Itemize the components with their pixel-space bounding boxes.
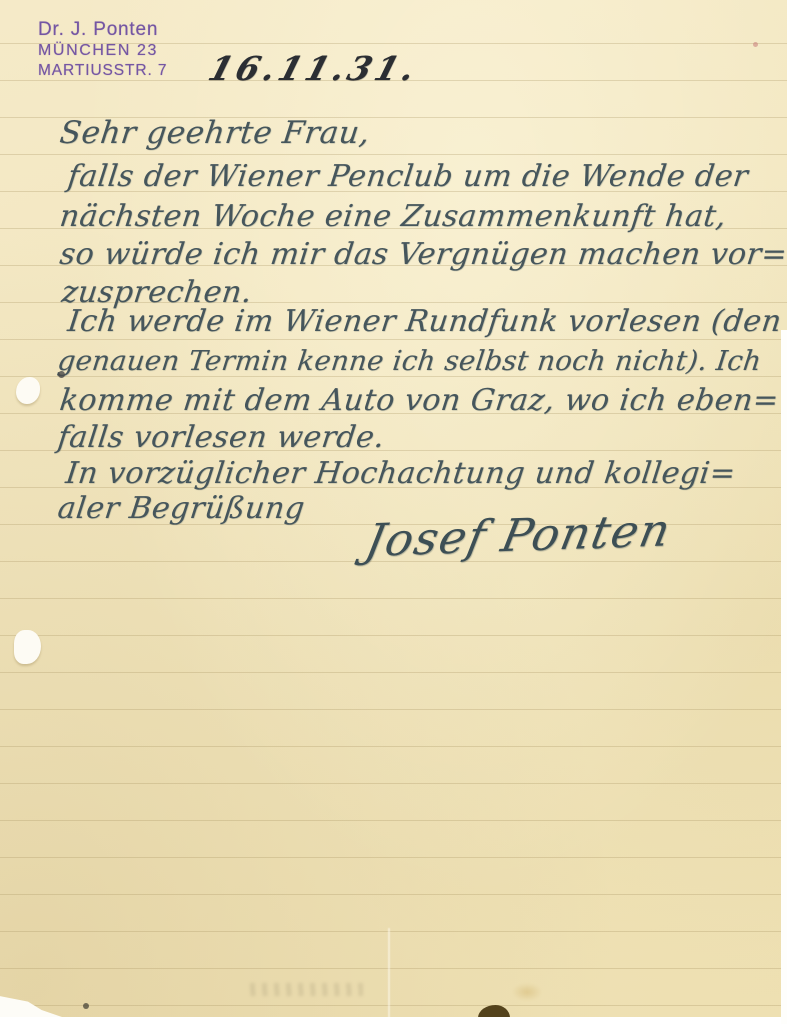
letter-line: Ich werde im Wiener Rundfunk vorlesen (d… xyxy=(66,307,783,337)
stamp-street: MARTIUSSTR. 7 xyxy=(38,63,167,79)
paper-speck xyxy=(753,42,758,47)
letter-date: 16.11.31. xyxy=(205,52,423,85)
ink-dot xyxy=(83,1003,89,1009)
scan-edge-bottom xyxy=(0,1017,787,1024)
paper-hole xyxy=(16,377,40,404)
scan-edge-right xyxy=(781,330,787,1024)
letter-line: falls der Wiener Penclub um die Wende de… xyxy=(66,162,750,192)
signature: Josef Ponten xyxy=(362,507,675,563)
letter-line: In vorzüglicher Hochachtung und kollegi= xyxy=(64,459,737,489)
letter-line: falls vorlesen werde. xyxy=(56,423,386,453)
sender-stamp: Dr. J. Ponten MÜNCHEN 23 MARTIUSSTR. 7 xyxy=(38,20,167,79)
stamp-name: Dr. J. Ponten xyxy=(38,20,167,39)
letter-line: komme mit dem Auto von Graz, wo ich eben… xyxy=(58,386,780,416)
stamp-city: MÜNCHEN 23 xyxy=(38,43,167,59)
ink-dot xyxy=(58,371,65,378)
letter-line: genauen Termin kenne ich selbst noch nic… xyxy=(56,348,763,376)
paper-hole xyxy=(14,630,41,664)
vertical-crease xyxy=(388,928,390,1024)
letter-scan: Dr. J. Ponten MÜNCHEN 23 MARTIUSSTR. 7 1… xyxy=(0,0,787,1024)
letter-line: aler Begrüßung xyxy=(56,494,306,524)
letter-line: nächsten Woche eine Zusammenkunft hat, xyxy=(58,202,728,232)
paper-stain xyxy=(512,983,542,1001)
letter-line: so würde ich mir das Vergnügen machen vo… xyxy=(58,240,787,270)
salutation: Sehr geehrte Frau, xyxy=(58,118,372,149)
bleed-through-pencil-mark xyxy=(245,983,363,996)
